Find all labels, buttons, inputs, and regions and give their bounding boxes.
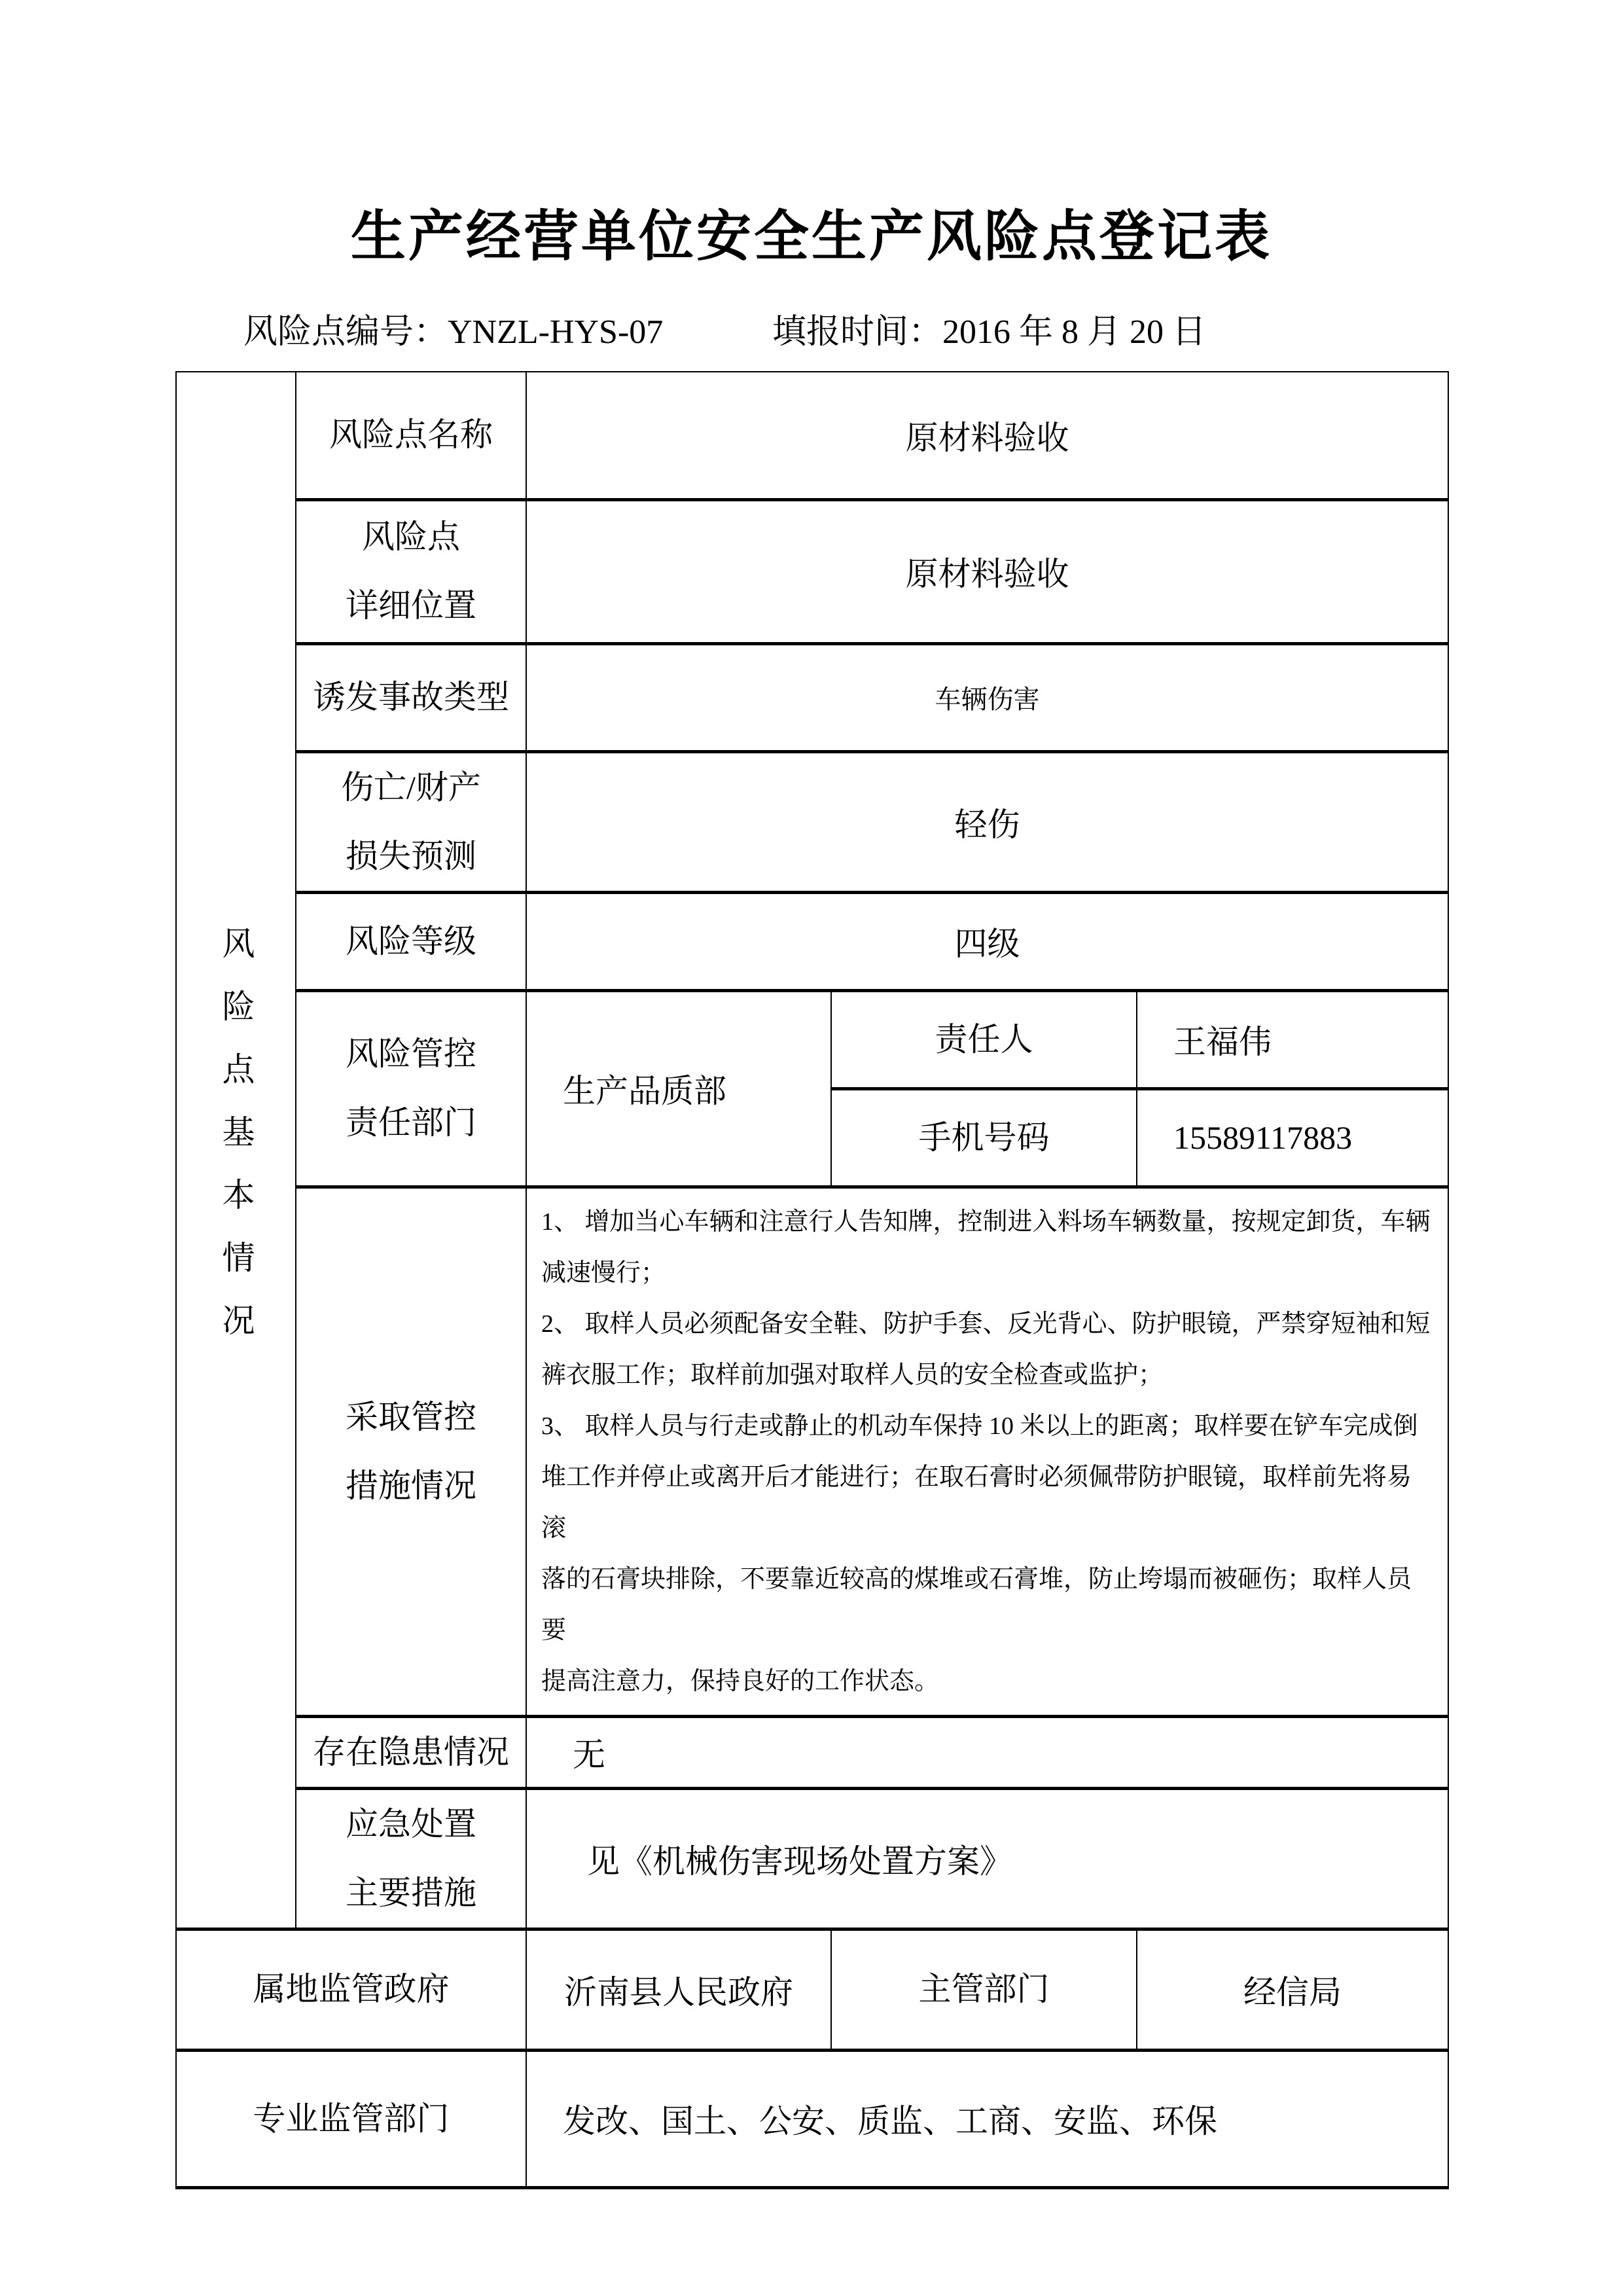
label-hidden-hazards: 存在隐患情况: [296, 1716, 526, 1788]
label-control-dept: 风险管控 责任部门: [296, 990, 526, 1187]
value-risk-location: 原材料验收: [526, 499, 1448, 643]
value-control-dept: 生产品质部: [526, 990, 831, 1187]
label-phone-number: 手机号码: [831, 1088, 1137, 1187]
table-row: 伤亡/财产 损失预测 轻伤: [176, 751, 1448, 892]
table-row: 风险点 详细位置 原材料验收: [176, 499, 1448, 643]
value-responsible-person: 王福伟: [1137, 990, 1448, 1088]
value-accident-type: 车辆伤害: [526, 643, 1448, 751]
label-loss-forecast: 伤亡/财产 损失预测: [296, 751, 526, 892]
value-local-government: 沂南县人民政府: [526, 1929, 831, 2050]
value-risk-name: 原材料验收: [526, 372, 1448, 499]
value-phone-number: 15589117883: [1137, 1088, 1448, 1187]
label-risk-location: 风险点 详细位置: [296, 499, 526, 643]
value-hidden-hazards: 无: [526, 1716, 1448, 1788]
value-professional-dept: 发改、国土、公安、质监、工商、安监、环保: [526, 2050, 1448, 2187]
table-row: 属地监管政府 沂南县人民政府 主管部门 经信局: [176, 1929, 1448, 2050]
table-row: 风险管控 责任部门 生产品质部 责任人 王福伟: [176, 990, 1448, 1088]
label-responsible-person: 责任人: [831, 990, 1137, 1088]
value-control-measures: 1、 增加当心车辆和注意行人告知牌，控制进入料场车辆数量，按规定卸货，车辆 减速…: [526, 1187, 1448, 1716]
table-row: 存在隐患情况 无: [176, 1716, 1448, 1788]
label-risk-name: 风险点名称: [296, 372, 526, 499]
value-competent-dept: 经信局: [1137, 1929, 1448, 2050]
risk-point-code: 风险点编号：YNZL-HYS-07: [243, 314, 663, 351]
risk-registration-table: 风险点基本情况 风险点名称 原材料验收 风险点 详细位置 原材料验收 诱发事故类…: [175, 371, 1449, 2189]
label-competent-dept: 主管部门: [831, 1929, 1137, 2050]
measure-item-2: 2、 取样人员必须配备安全鞋、防护手套、反光背心、防护眼镜，严禁穿短袖和短 裤衣…: [541, 1299, 1433, 1401]
table-row: 应急处置 主要措施 见《机械伤害现场处置方案》: [176, 1788, 1448, 1929]
label-local-government: 属地监管政府: [176, 1929, 526, 2050]
label-control-measures: 采取管控 措施情况: [296, 1187, 526, 1716]
table-row: 风险等级 四级: [176, 892, 1448, 990]
document-page: 生产经营单位安全生产风险点登记表 风险点编号：YNZL-HYS-07 填报时间：…: [0, 0, 1623, 2296]
measure-item-1: 1、 增加当心车辆和注意行人告知牌，控制进入料场车辆数量，按规定卸货，车辆 减速…: [541, 1196, 1433, 1299]
value-emergency-measures: 见《机械伤害现场处置方案》: [526, 1788, 1448, 1929]
section-vertical-header-text: 风险点基本情况: [220, 926, 253, 1366]
value-risk-level: 四级: [526, 892, 1448, 990]
value-loss-forecast: 轻伤: [526, 751, 1448, 892]
fill-date: 填报时间：2016 年 8 月 20 日: [772, 312, 1206, 353]
page-title: 生产经营单位安全生产风险点登记表: [0, 0, 1623, 272]
meta-line: 风险点编号：YNZL-HYS-07 填报时间：2016 年 8 月 20 日: [175, 312, 1448, 353]
label-emergency-measures: 应急处置 主要措施: [296, 1788, 526, 1929]
table-row: 专业监管部门 发改、国土、公安、质监、工商、安监、环保: [176, 2050, 1448, 2187]
label-accident-type: 诱发事故类型: [296, 643, 526, 751]
label-risk-level: 风险等级: [296, 892, 526, 990]
measure-item-3: 3、 取样人员与行走或静止的机动车保持 10 米以上的距离；取样要在铲车完成倒 …: [541, 1401, 1433, 1707]
table-row: 风险点基本情况 风险点名称 原材料验收: [176, 372, 1448, 499]
section-vertical-header: 风险点基本情况: [176, 372, 296, 1929]
table-row: 诱发事故类型 车辆伤害: [176, 643, 1448, 751]
table-row: 采取管控 措施情况 1、 增加当心车辆和注意行人告知牌，控制进入料场车辆数量，按…: [176, 1187, 1448, 1716]
label-professional-dept: 专业监管部门: [176, 2050, 526, 2187]
